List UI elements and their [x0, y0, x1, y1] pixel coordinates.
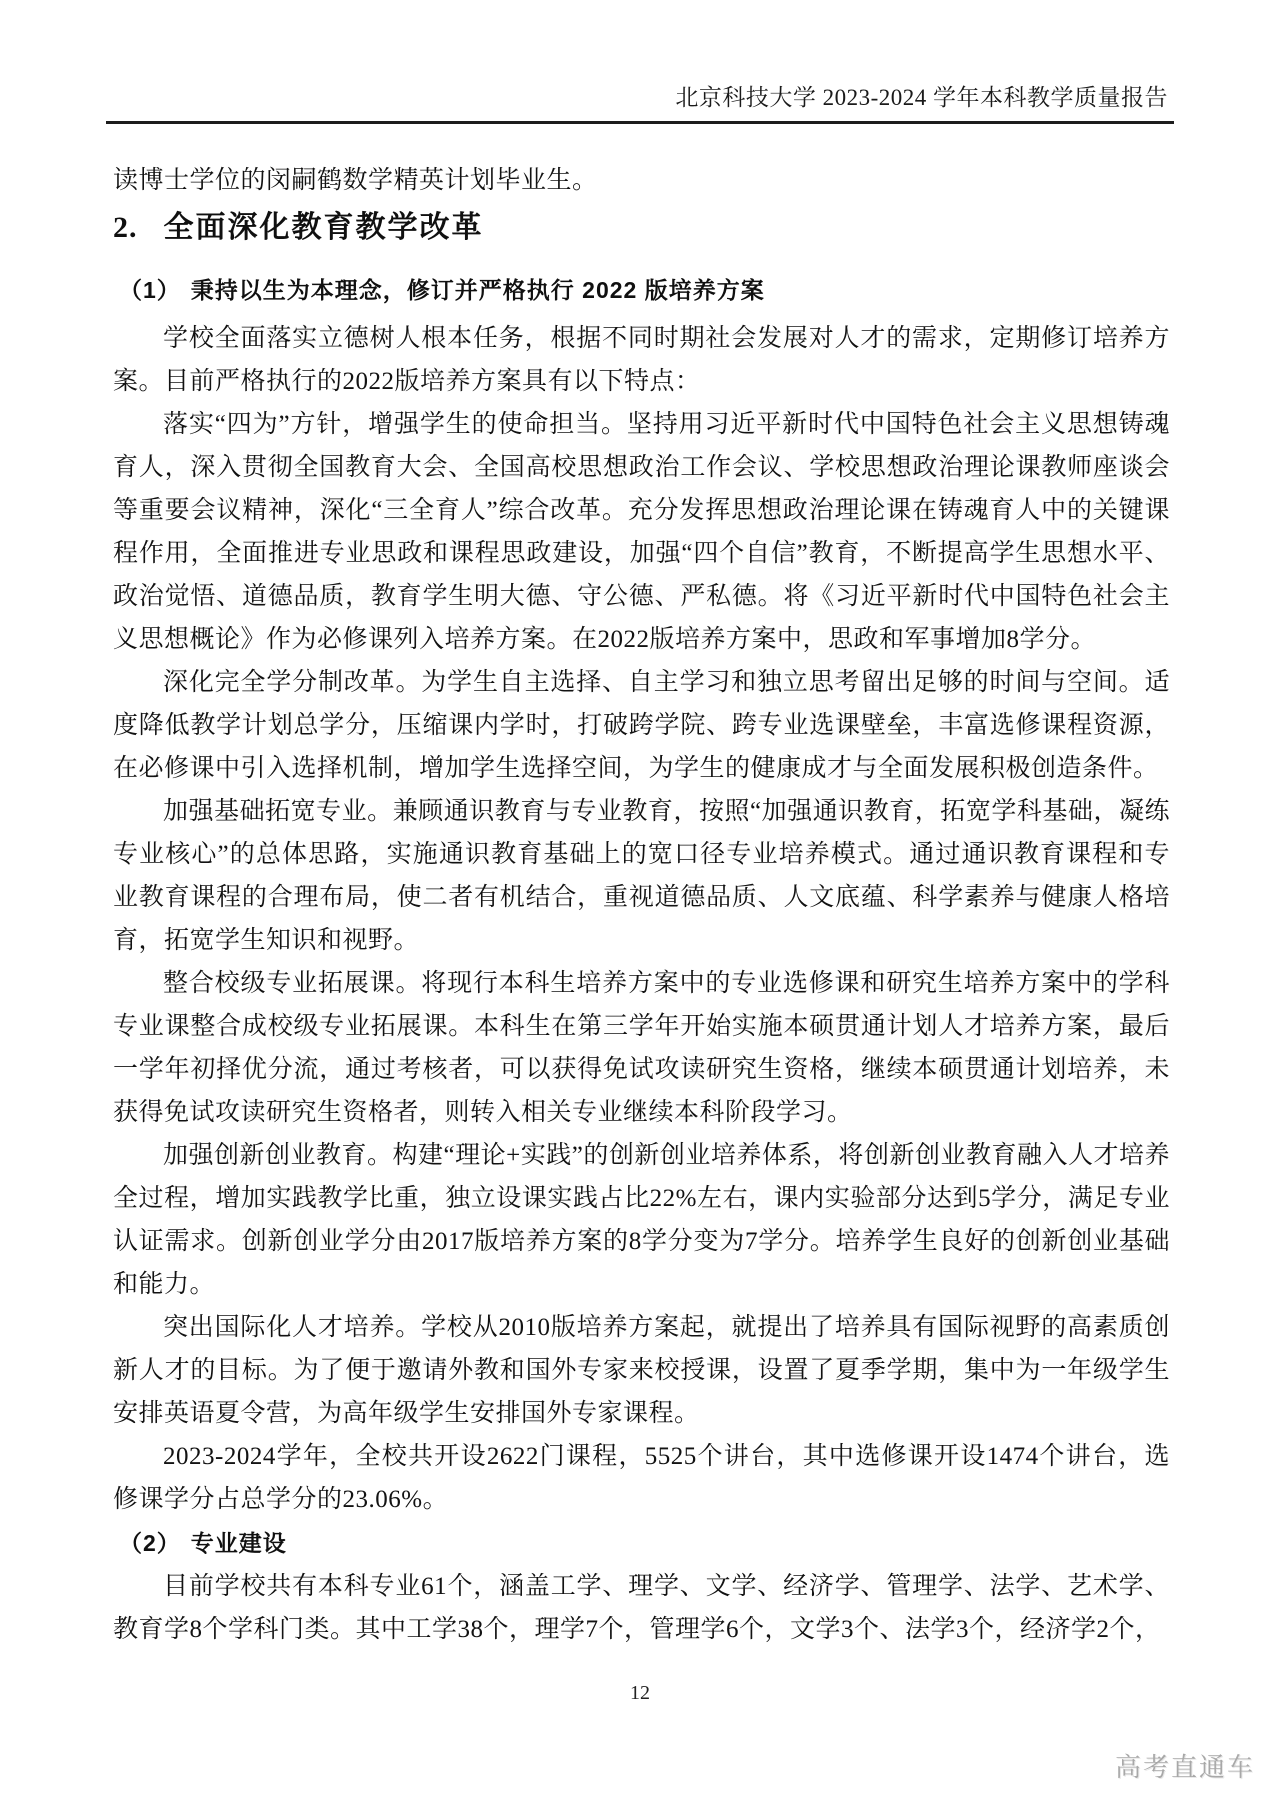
section-number: 2. [113, 211, 138, 244]
subsection-heading-2: （2）专业建设 [119, 1522, 1170, 1565]
document-page: 北京科技大学 2023-2024 学年本科教学质量报告 读博士学位的闵嗣鹤数学精… [0, 0, 1280, 1810]
section-title: 全面深化教育教学改革 [164, 211, 484, 244]
paragraph: 落实“四为”方针，增强学生的使命担当。坚持用习近平新时代中国特色社会主义思想铸魂… [113, 403, 1170, 661]
page-number: 12 [0, 1680, 1280, 1706]
subsection-2-title: 专业建设 [191, 1530, 287, 1556]
paragraph: 加强基础拓宽专业。兼顾通识教育与专业教育，按照“加强通识教育，拓宽学科基础，凝练… [113, 790, 1170, 962]
paragraph: 深化完全学分制改革。为学生自主选择、自主学习和独立思考留出足够的时间与空间。适度… [113, 661, 1170, 790]
section-heading: 2.全面深化教育教学改革 [113, 205, 1170, 251]
paragraph: 学校全面落实立德树人根本任务，根据不同时期社会发展对人才的需求，定期修订培养方案… [113, 317, 1170, 403]
subsection-1-title: 秉持以生为本理念，修订并严格执行 2022 版培养方案 [191, 277, 765, 303]
paragraph: 突出国际化人才培养。学校从2010版培养方案起，就提出了培养具有国际视野的高素质… [113, 1306, 1170, 1435]
header-rule [106, 121, 1174, 124]
paragraph: 加强创新创业教育。构建“理论+实践”的创新创业培养体系，将创新创业教育融入人才培… [113, 1134, 1170, 1306]
paragraph: 整合校级专业拓展课。将现行本科生培养方案中的专业选修课和研究生培养方案中的学科专… [113, 962, 1170, 1134]
intro-paragraph: 读博士学位的闵嗣鹤数学精英计划毕业生。 [113, 159, 1170, 202]
paragraph: 2023-2024学年，全校共开设2622门课程，5525个讲台，其中选修课开设… [113, 1435, 1170, 1521]
subsection-heading-1: （1）秉持以生为本理念，修订并严格执行 2022 版培养方案 [119, 269, 1170, 312]
page-header-title: 北京科技大学 2023-2024 学年本科教学质量报告 [112, 84, 1168, 112]
document-body: 读博士学位的闵嗣鹤数学精英计划毕业生。 2.全面深化教育教学改革 （1）秉持以生… [113, 159, 1170, 1651]
subsection-2-label: （2） [119, 1530, 181, 1556]
subsection-1-label: （1） [119, 277, 181, 303]
paragraph: 目前学校共有本科专业61个，涵盖工学、理学、文学、经济学、管理学、法学、艺术学、… [113, 1565, 1170, 1651]
watermark-text: 高考直通车 [1115, 1752, 1255, 1782]
